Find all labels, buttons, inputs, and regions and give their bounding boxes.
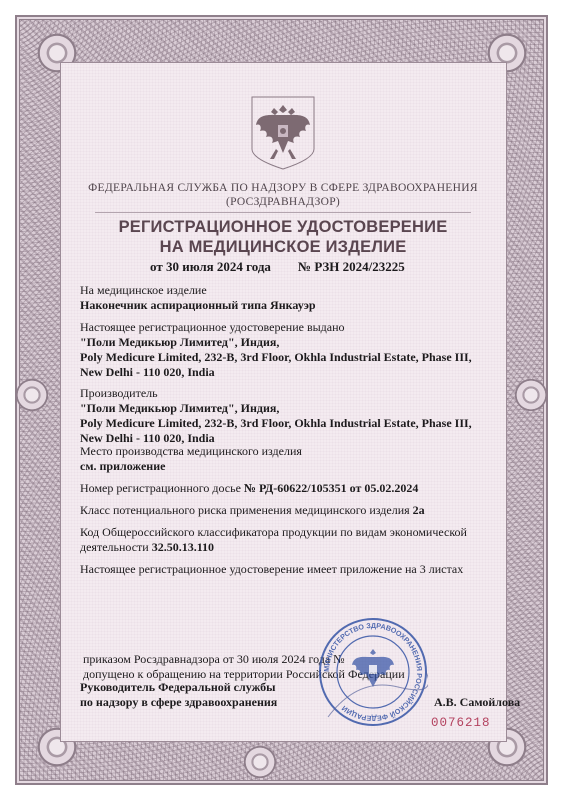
okpd-label-line-1: Код Общероссийского классификатора проду… (80, 525, 500, 540)
serial-number: 0076218 (431, 716, 491, 730)
manufacturer-line-2: Poly Medicure Limited, 232-B, 3rd Floor,… (80, 416, 500, 431)
issued-line-3: New Delhi - 110 020, India (80, 365, 500, 380)
issue-date: от 30 июля 2024 года (150, 259, 271, 275)
agency-abbreviation: (РОСЗДРАВНАДЗОР) (0, 196, 566, 208)
okpd-value: 32.50.13.110 (152, 540, 214, 554)
production-section: Место производства медицинского изделия … (80, 444, 500, 474)
production-value: см. приложение (80, 459, 500, 474)
issued-section: Настоящее регистрационное удостоверение … (80, 320, 500, 380)
russian-coat-of-arms-icon (248, 93, 318, 171)
appendix-note: Настоящее регистрационное удостоверение … (80, 562, 500, 577)
official-seal-stamp-icon: МИНИСТЕРСТВО ЗДРАВООХРАНЕНИЯ РОССИЙСКОЙ … (318, 617, 428, 727)
certificate-subtitle: НА МЕДИЦИНСКОЕ ИЗДЕЛИЕ (0, 238, 566, 257)
registration-number: № РЗН 2024/23225 (298, 259, 405, 275)
signer-line-1: Руководитель Федеральной службы (80, 680, 277, 695)
manufacturer-section: Производитель "Поли Медикьюр Лимитед", И… (80, 386, 500, 446)
signer-title: Руководитель Федеральной службы по надзо… (80, 680, 277, 710)
signer-line-2: по надзору в сфере здравоохранения (80, 695, 277, 710)
device-section: На медицинское изделие Наконечник аспира… (80, 283, 500, 313)
signer-name: А.В. Самойлова (434, 695, 520, 710)
risk-label: Класс потенциального риска применения ме… (80, 503, 413, 517)
header-divider (95, 212, 471, 213)
issued-line-2: Poly Medicure Limited, 232-B, 3rd Floor,… (80, 350, 500, 365)
okpd-label-line-2: деятельности (80, 540, 152, 554)
certificate-title: РЕГИСТРАЦИОННОЕ УДОСТОВЕРЕНИЕ (0, 218, 566, 237)
production-label: Место производства медицинского изделия (80, 444, 500, 459)
risk-value: 2а (413, 503, 425, 517)
dossier-value: № РД-60622/105351 от 05.02.2024 (244, 481, 418, 495)
device-label: На медицинское изделие (80, 283, 500, 298)
dossier-label: Номер регистрационного досье (80, 481, 244, 495)
risk-section: Класс потенциального риска применения ме… (80, 503, 500, 518)
certificate-content: ФЕДЕРАЛЬНАЯ СЛУЖБА ПО НАДЗОРУ В СФЕРЕ ЗД… (0, 0, 566, 800)
issued-line-1: "Поли Медикьюр Лимитед", Индия, (80, 335, 500, 350)
issued-label: Настоящее регистрационное удостоверение … (80, 320, 500, 335)
dossier-section: Номер регистрационного досье № РД-60622/… (80, 481, 500, 496)
device-name: Наконечник аспирационный типа Янкауэр (80, 298, 500, 313)
manufacturer-line-1: "Поли Медикьюр Лимитед", Индия, (80, 401, 500, 416)
manufacturer-label: Производитель (80, 386, 500, 401)
agency-name: ФЕДЕРАЛЬНАЯ СЛУЖБА ПО НАДЗОРУ В СФЕРЕ ЗД… (0, 182, 566, 194)
okpd-section: Код Общероссийского классификатора проду… (80, 525, 500, 555)
